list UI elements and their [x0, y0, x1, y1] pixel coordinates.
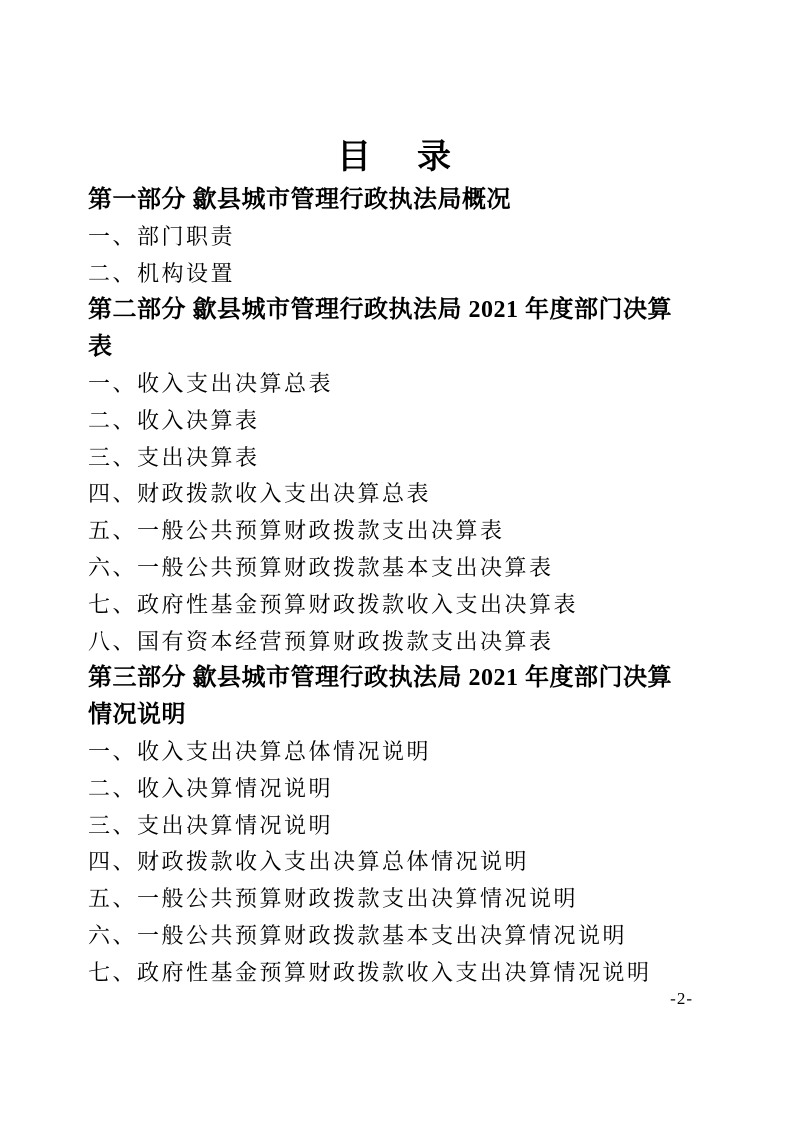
toc-item: 一、收入支出决算总体情况说明	[88, 734, 748, 771]
toc-item: 五、一般公共预算财政拨款支出决算表	[88, 513, 748, 550]
page-number: -2-	[670, 988, 693, 1010]
toc-section-3-heading: 第三部分 歙县城市管理行政执法局 2021 年度部门决算	[88, 660, 748, 697]
toc-item: 三、支出决算情况说明	[88, 808, 748, 845]
toc-title: 目 录	[88, 136, 706, 180]
toc-section-2-heading: 第二部分 歙县城市管理行政执法局 2021 年度部门决算	[88, 292, 748, 329]
document-page: 目 录 第一部分 歙县城市管理行政执法局概况 一、部门职责 二、机构设置 第二部…	[0, 0, 793, 1122]
toc-item: 三、支出决算表	[88, 440, 748, 477]
toc-item: 六、一般公共预算财政拨款基本支出决算表	[88, 550, 748, 587]
toc-section-1-heading: 第一部分 歙县城市管理行政执法局概况	[88, 182, 748, 219]
toc-item: 七、政府性基金预算财政拨款收入支出决算表	[88, 587, 748, 624]
toc-item: 二、机构设置	[88, 256, 748, 293]
toc-section-2-heading-wrap: 表	[88, 329, 748, 366]
toc-item: 四、财政拨款收入支出决算总表	[88, 476, 748, 513]
toc-item: 六、一般公共预算财政拨款基本支出决算情况说明	[88, 918, 748, 955]
toc-list: 第一部分 歙县城市管理行政执法局概况 一、部门职责 二、机构设置 第二部分 歙县…	[88, 182, 748, 992]
toc-item: 七、政府性基金预算财政拨款收入支出决算情况说明	[88, 955, 748, 992]
toc-item: 八、国有资本经营预算财政拨款支出决算表	[88, 624, 748, 661]
toc-item: 二、收入决算情况说明	[88, 771, 748, 808]
toc-item: 一、收入支出决算总表	[88, 366, 748, 403]
toc-item: 二、收入决算表	[88, 403, 748, 440]
toc-section-3-heading-wrap: 情况说明	[88, 697, 748, 734]
toc-item: 四、财政拨款收入支出决算总体情况说明	[88, 844, 748, 881]
toc-item: 五、一般公共预算财政拨款支出决算情况说明	[88, 881, 748, 918]
toc-item: 一、部门职责	[88, 219, 748, 256]
